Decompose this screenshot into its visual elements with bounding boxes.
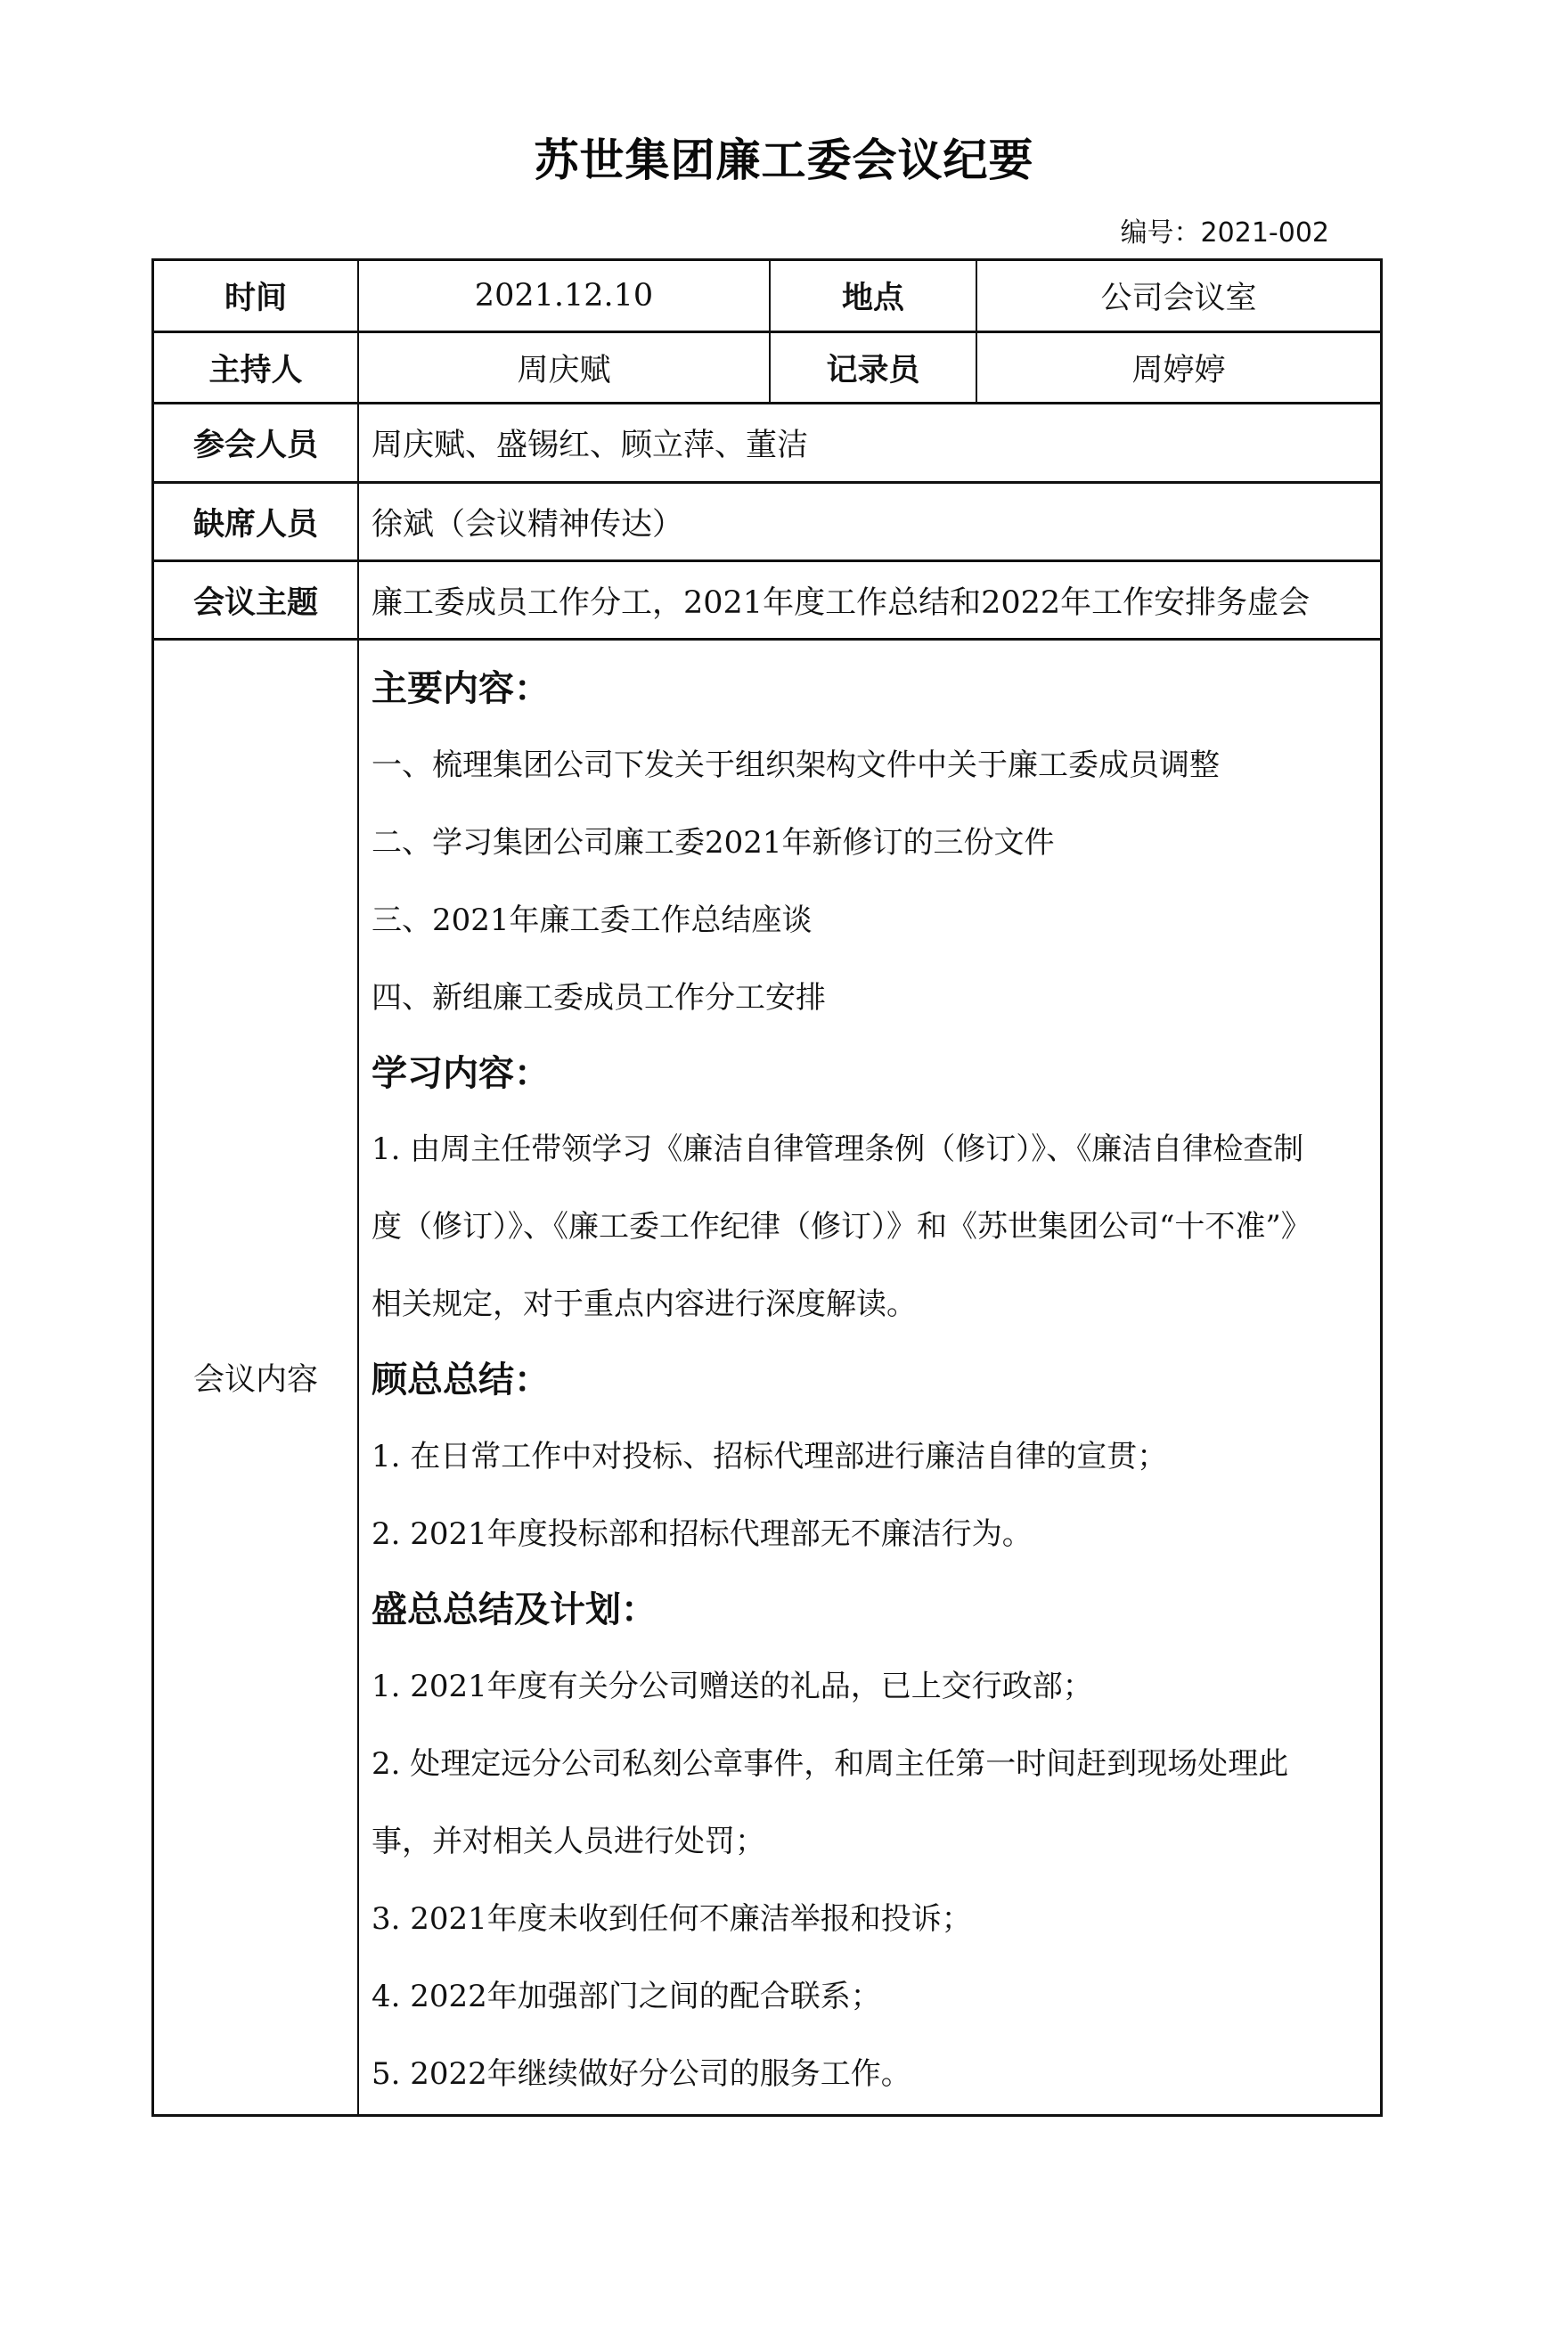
row-topic: 会议主题 廉工委成员工作分工，2021年度工作总结和2022年工作安排务虚会 — [154, 562, 1380, 641]
main-item-3: 三、2021年廉工委工作总结座谈 — [372, 895, 813, 939]
sheng-item-2: 2. 处理定远分公司私刻公章事件，和周主任第一时间赶到现场处理此 — [372, 1739, 1288, 1783]
row-attendees: 参会人员 周庆赋、盛锡红、顾立萍、董洁 — [154, 404, 1380, 484]
time-label: 时间 — [154, 261, 357, 331]
host-value: 周庆赋 — [359, 333, 769, 402]
sheng-item-2-cont: 事，并对相关人员进行处罚； — [372, 1817, 765, 1860]
row-absentees: 缺席人员 徐斌（会议精神传达） — [154, 484, 1380, 562]
section-heading-sheng-summary: 盛总总结及计划： — [372, 1581, 657, 1632]
section-heading-main: 主要内容： — [372, 660, 550, 711]
location-label: 地点 — [771, 261, 976, 331]
sheng-item-5: 5. 2022年继续做好分公司的服务工作。 — [372, 2049, 911, 2093]
content-label: 会议内容 — [154, 641, 357, 2114]
recorder-value: 周婷婷 — [977, 333, 1380, 402]
study-line-2: 度（修订）》、《廉工委工作纪律（修订）》和《苏世集团公司“十不准”》 — [372, 1202, 1311, 1245]
sheng-item-3: 3. 2021年度未收到任何不廉洁举报和投诉； — [372, 1894, 972, 1938]
main-item-4: 四、新组廉工委成员工作分工安排 — [372, 973, 826, 1017]
document-number: 编号：2021-002 — [1121, 210, 1329, 249]
absentees-label: 缺席人员 — [154, 484, 357, 559]
study-line-3: 相关规定，对于重点内容进行深度解读。 — [372, 1279, 917, 1323]
absentees-value: 徐斌（会议精神传达） — [359, 484, 1380, 559]
time-value: 2021.12.10 — [359, 261, 769, 331]
study-line-1: 1. 由周主任带领学习《廉洁自律管理条例（修订）》、《廉洁自律检查制 — [372, 1124, 1303, 1168]
section-heading-gu-summary: 顾总总结： — [372, 1352, 550, 1402]
gu-item-1: 1. 在日常工作中对投标、招标代理部进行廉洁自律的宣贯； — [372, 1432, 1167, 1475]
row-host-recorder: 主持人 周庆赋 记录员 周婷婷 — [154, 333, 1380, 404]
section-heading-study: 学习内容： — [372, 1045, 550, 1096]
topic-value: 廉工委成员工作分工，2021年度工作总结和2022年工作安排务虚会 — [359, 562, 1380, 638]
document-title: 苏世集团廉工委会议纪要 — [0, 125, 1568, 189]
minutes-table: 时间 2021.12.10 地点 公司会议室 主持人 周庆赋 记录员 周婷婷 参… — [151, 258, 1383, 2117]
attendees-label: 参会人员 — [154, 404, 357, 481]
content-body: 主要内容： 一、梳理集团公司下发关于组织架构文件中关于廉工委成员调整 二、学习集… — [359, 641, 1380, 2114]
attendees-value: 周庆赋、盛锡红、顾立萍、董洁 — [359, 404, 1380, 481]
gu-item-2: 2. 2021年度投标部和招标代理部无不廉洁行为。 — [372, 1509, 1033, 1553]
sheng-item-4: 4. 2022年加强部门之间的配合联系； — [372, 1972, 881, 2015]
row-time-location: 时间 2021.12.10 地点 公司会议室 — [154, 261, 1380, 333]
location-value: 公司会议室 — [977, 261, 1380, 331]
recorder-label: 记录员 — [771, 333, 976, 402]
main-item-2: 二、学习集团公司廉工委2021年新修订的三份文件 — [372, 818, 1055, 862]
host-label: 主持人 — [154, 333, 357, 402]
topic-label: 会议主题 — [154, 562, 357, 638]
main-item-1: 一、梳理集团公司下发关于组织架构文件中关于廉工委成员调整 — [372, 740, 1220, 784]
sheng-item-1: 1. 2021年度有关分公司赠送的礼品，已上交行政部； — [372, 1662, 1093, 1705]
row-content: 会议内容 主要内容： 一、梳理集团公司下发关于组织架构文件中关于廉工委成员调整 … — [154, 641, 1380, 2114]
